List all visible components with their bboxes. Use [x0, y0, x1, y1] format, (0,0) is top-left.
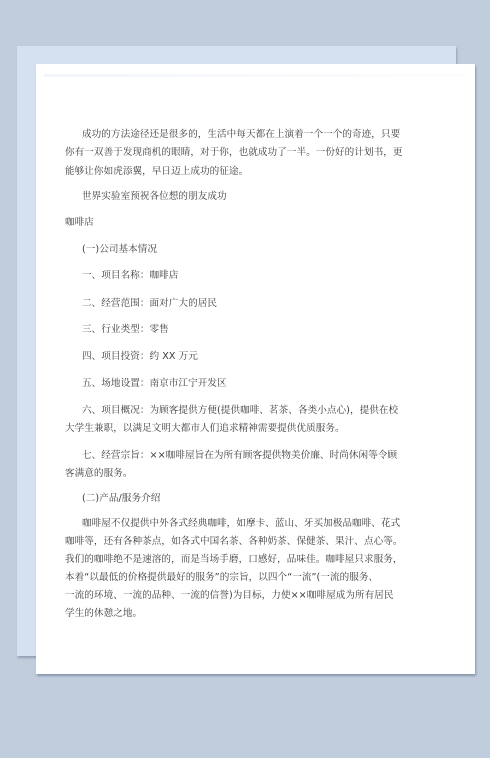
- item-business-scope: 二、经营范围：面对广大的居民: [82, 298, 217, 310]
- products-line-6: 学生的休憩之地。: [65, 608, 142, 620]
- overview-line-1: 六、项目概况：为顾客提供方便(提供咖啡、茗茶、各类小点心)，提供在校: [82, 405, 398, 417]
- item-industry-type: 三、行业类型：零售: [82, 324, 169, 336]
- faint-header-text: [44, 74, 464, 77]
- wish-line: 世界实验室预祝各位想的朋友成功: [82, 191, 227, 203]
- document-title: 咖啡店: [65, 217, 94, 229]
- item-project-name: 一、项目名称：咖啡店: [82, 270, 178, 282]
- overview-line-2: 大学生兼职，以满足文明大都市人们追求精神需要提供优质服务。: [65, 423, 345, 435]
- intro-line-2: 你有一双善于发现商机的眼睛，对于你，也就成功了一半。一份好的计划书，更: [65, 147, 403, 159]
- products-line-5: 一流的环境、一流的品种、一流的信誉)为目标，力使××咖啡屋成为所有居民: [65, 590, 394, 602]
- products-line-1: 咖啡屋不仅提供中外各式经典咖啡，如摩卡、蓝山、牙买加极品咖啡、花式: [82, 518, 400, 530]
- section2-heading: (二)产品/服务介绍: [82, 493, 160, 505]
- intro-line-3: 能够让你如虎添翼，早日迈上成功的征途。: [65, 166, 248, 178]
- section1-heading: (一)公司基本情况: [82, 244, 157, 256]
- intro-line-1: 成功的方法途径还是很多的，生活中每天都在上演着一个一个的奇迹，只要: [82, 129, 400, 141]
- products-line-3: 我们的咖啡绝不是速溶的，而是当场手磨，口感好，品味佳。咖啡屋只求服务，: [65, 554, 403, 566]
- item-location: 五、场地设置：南京市江宁开发区: [82, 378, 227, 390]
- products-line-2: 咖啡等，还有各种茶点，如各式中国名茶、各种奶茶、保健茶、果汁、点心等。: [65, 536, 403, 548]
- purpose-line-2: 客满意的服务。: [65, 468, 133, 480]
- purpose-line-1: 七、经营宗旨：××咖啡屋旨在为所有顾客提供物美价廉、时尚休闲等令顾: [82, 450, 397, 462]
- products-line-4: 本着“以最低的价格提供最好的服务”的宗旨，以四个“一流”(一流的服务、: [65, 572, 378, 584]
- item-investment: 四、项目投资：约 XX 万元: [82, 351, 198, 363]
